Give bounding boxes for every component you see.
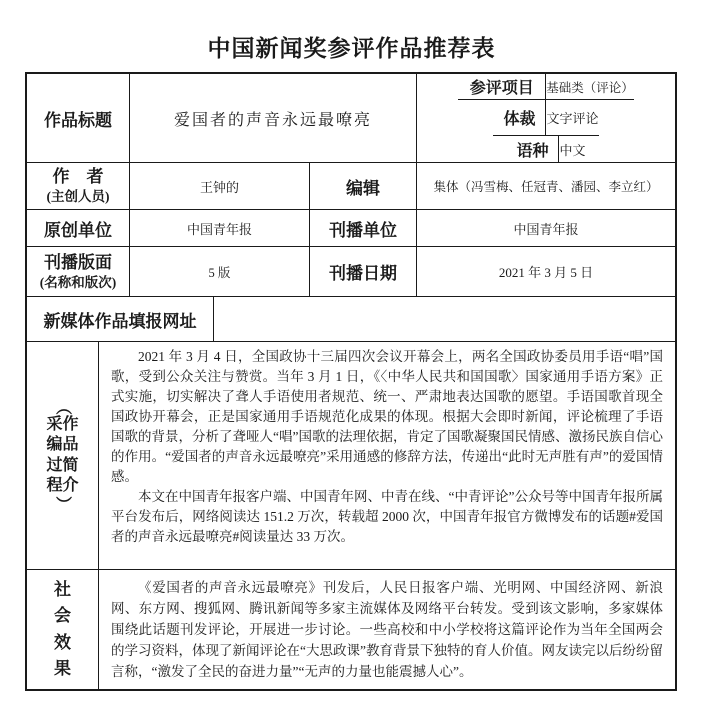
row-author-editor: 作 者 (主创人员) 王钟的 编辑 集体（冯雪梅、任冠青、潘园、李立红） [27, 163, 675, 210]
original-unit-value: 中国青年报 [130, 210, 310, 246]
process-label-row-1: 采作 [46, 415, 78, 435]
publish-page-label: 刊播版面 (名称和版次) [27, 247, 130, 296]
author-label-line1: 作 者 [53, 166, 104, 188]
author-value: 王钟的 [130, 163, 310, 209]
process-intro-label: （ 采作 编品 过简 程介 ） [27, 342, 99, 569]
publish-unit-value: 中国青年报 [417, 210, 675, 246]
work-title-label: 作品标题 [27, 74, 130, 162]
work-title-value: 爱国者的声音永远最嘹亮 [130, 74, 417, 162]
process-label-row-2: 编品 [46, 435, 78, 455]
social-effect-label-char-3: 效 [54, 630, 71, 656]
author-label-line2: (主创人员) [47, 188, 110, 206]
publish-page-label-line2: (名称和版次) [40, 274, 117, 292]
social-effect-label: 社 会 效 果 [27, 570, 99, 689]
publish-date-label: 刊播日期 [310, 247, 417, 296]
process-label-paren-close: ） [54, 496, 70, 512]
process-label-row-3: 过简 [46, 456, 78, 476]
genre-value: 文字评论 [546, 100, 598, 135]
author-label: 作 者 (主创人员) [27, 163, 130, 209]
row-units: 原创单位 中国青年报 刊播单位 中国青年报 [27, 210, 675, 247]
process-intro-text: 2021 年 3 月 4 日，全国政协十三届四次会议开幕会上，两名全国政协委员用… [99, 342, 675, 569]
process-label-paren-open: （ [54, 399, 70, 415]
editor-value: 集体（冯雪梅、任冠青、潘园、李立红） [417, 163, 675, 209]
social-effect-label-char-2: 会 [54, 603, 71, 629]
publish-unit-label: 刊播单位 [310, 210, 417, 246]
social-effect-paragraph-1: 《爱国者的声音永远最嘹亮》刊发后，人民日报客户端、光明网、中国经济网、新浪网、东… [111, 577, 663, 682]
entry-category-value: 基础类（评论） [546, 74, 634, 99]
original-unit-label: 原创单位 [27, 210, 130, 246]
row-page-date: 刊播版面 (名称和版次) 5 版 刊播日期 2021 年 3 月 5 日 [27, 247, 675, 297]
social-effect-text: 《爱国者的声音永远最嘹亮》刊发后，人民日报客户端、光明网、中国经济网、新浪网、东… [99, 570, 675, 689]
recommendation-form-page: 中国新闻奖参评作品推荐表 作品标题 爱国者的声音永远最嘹亮 参评项目 基础类（评… [0, 0, 703, 720]
category-block: 参评项目 基础类（评论） 体裁 文字评论 语种 中文 [417, 74, 675, 162]
row-process-intro: （ 采作 编品 过简 程介 ） 2021 年 3 月 4 日，全国政协十三届四次… [27, 342, 675, 570]
page-title: 中国新闻奖参评作品推荐表 [0, 30, 703, 63]
genre-label: 体裁 [493, 100, 546, 135]
process-intro-paragraph-2: 本文在中国青年报客户端、中国青年网、中青在线、“中青评论”公众号等中国青年报所属… [111, 487, 663, 547]
publish-page-label-line1: 刊播版面 [44, 252, 112, 274]
row-social-effect: 社 会 效 果 《爱国者的声音永远最嘹亮》刊发后，人民日报客户端、光明网、中国经… [27, 570, 675, 689]
row-new-media-url: 新媒体作品填报网址 [27, 297, 675, 342]
entry-category-label: 参评项目 [458, 74, 546, 99]
row-language: 语种 中文 [506, 136, 585, 162]
editor-label: 编辑 [310, 163, 417, 209]
publish-date-value: 2021 年 3 月 5 日 [417, 247, 675, 296]
language-label: 语种 [506, 136, 559, 162]
process-label-row-4: 程介 [46, 476, 78, 496]
language-value: 中文 [559, 136, 585, 162]
row-genre: 体裁 文字评论 [493, 100, 598, 136]
social-effect-label-char-4: 果 [54, 656, 71, 682]
row-entry-category: 参评项目 基础类（评论） [458, 74, 634, 100]
publish-page-value: 5 版 [130, 247, 310, 296]
process-intro-paragraph-1: 2021 年 3 月 4 日，全国政协十三届四次会议开幕会上，两名全国政协委员用… [111, 347, 663, 487]
new-media-url-value [214, 297, 675, 341]
new-media-url-label: 新媒体作品填报网址 [27, 297, 214, 341]
row-work-title: 作品标题 爱国者的声音永远最嘹亮 参评项目 基础类（评论） 体裁 文字评论 语种… [27, 74, 675, 163]
recommendation-form-table: 作品标题 爱国者的声音永远最嘹亮 参评项目 基础类（评论） 体裁 文字评论 语种… [25, 72, 677, 691]
social-effect-label-char-1: 社 [54, 577, 71, 603]
